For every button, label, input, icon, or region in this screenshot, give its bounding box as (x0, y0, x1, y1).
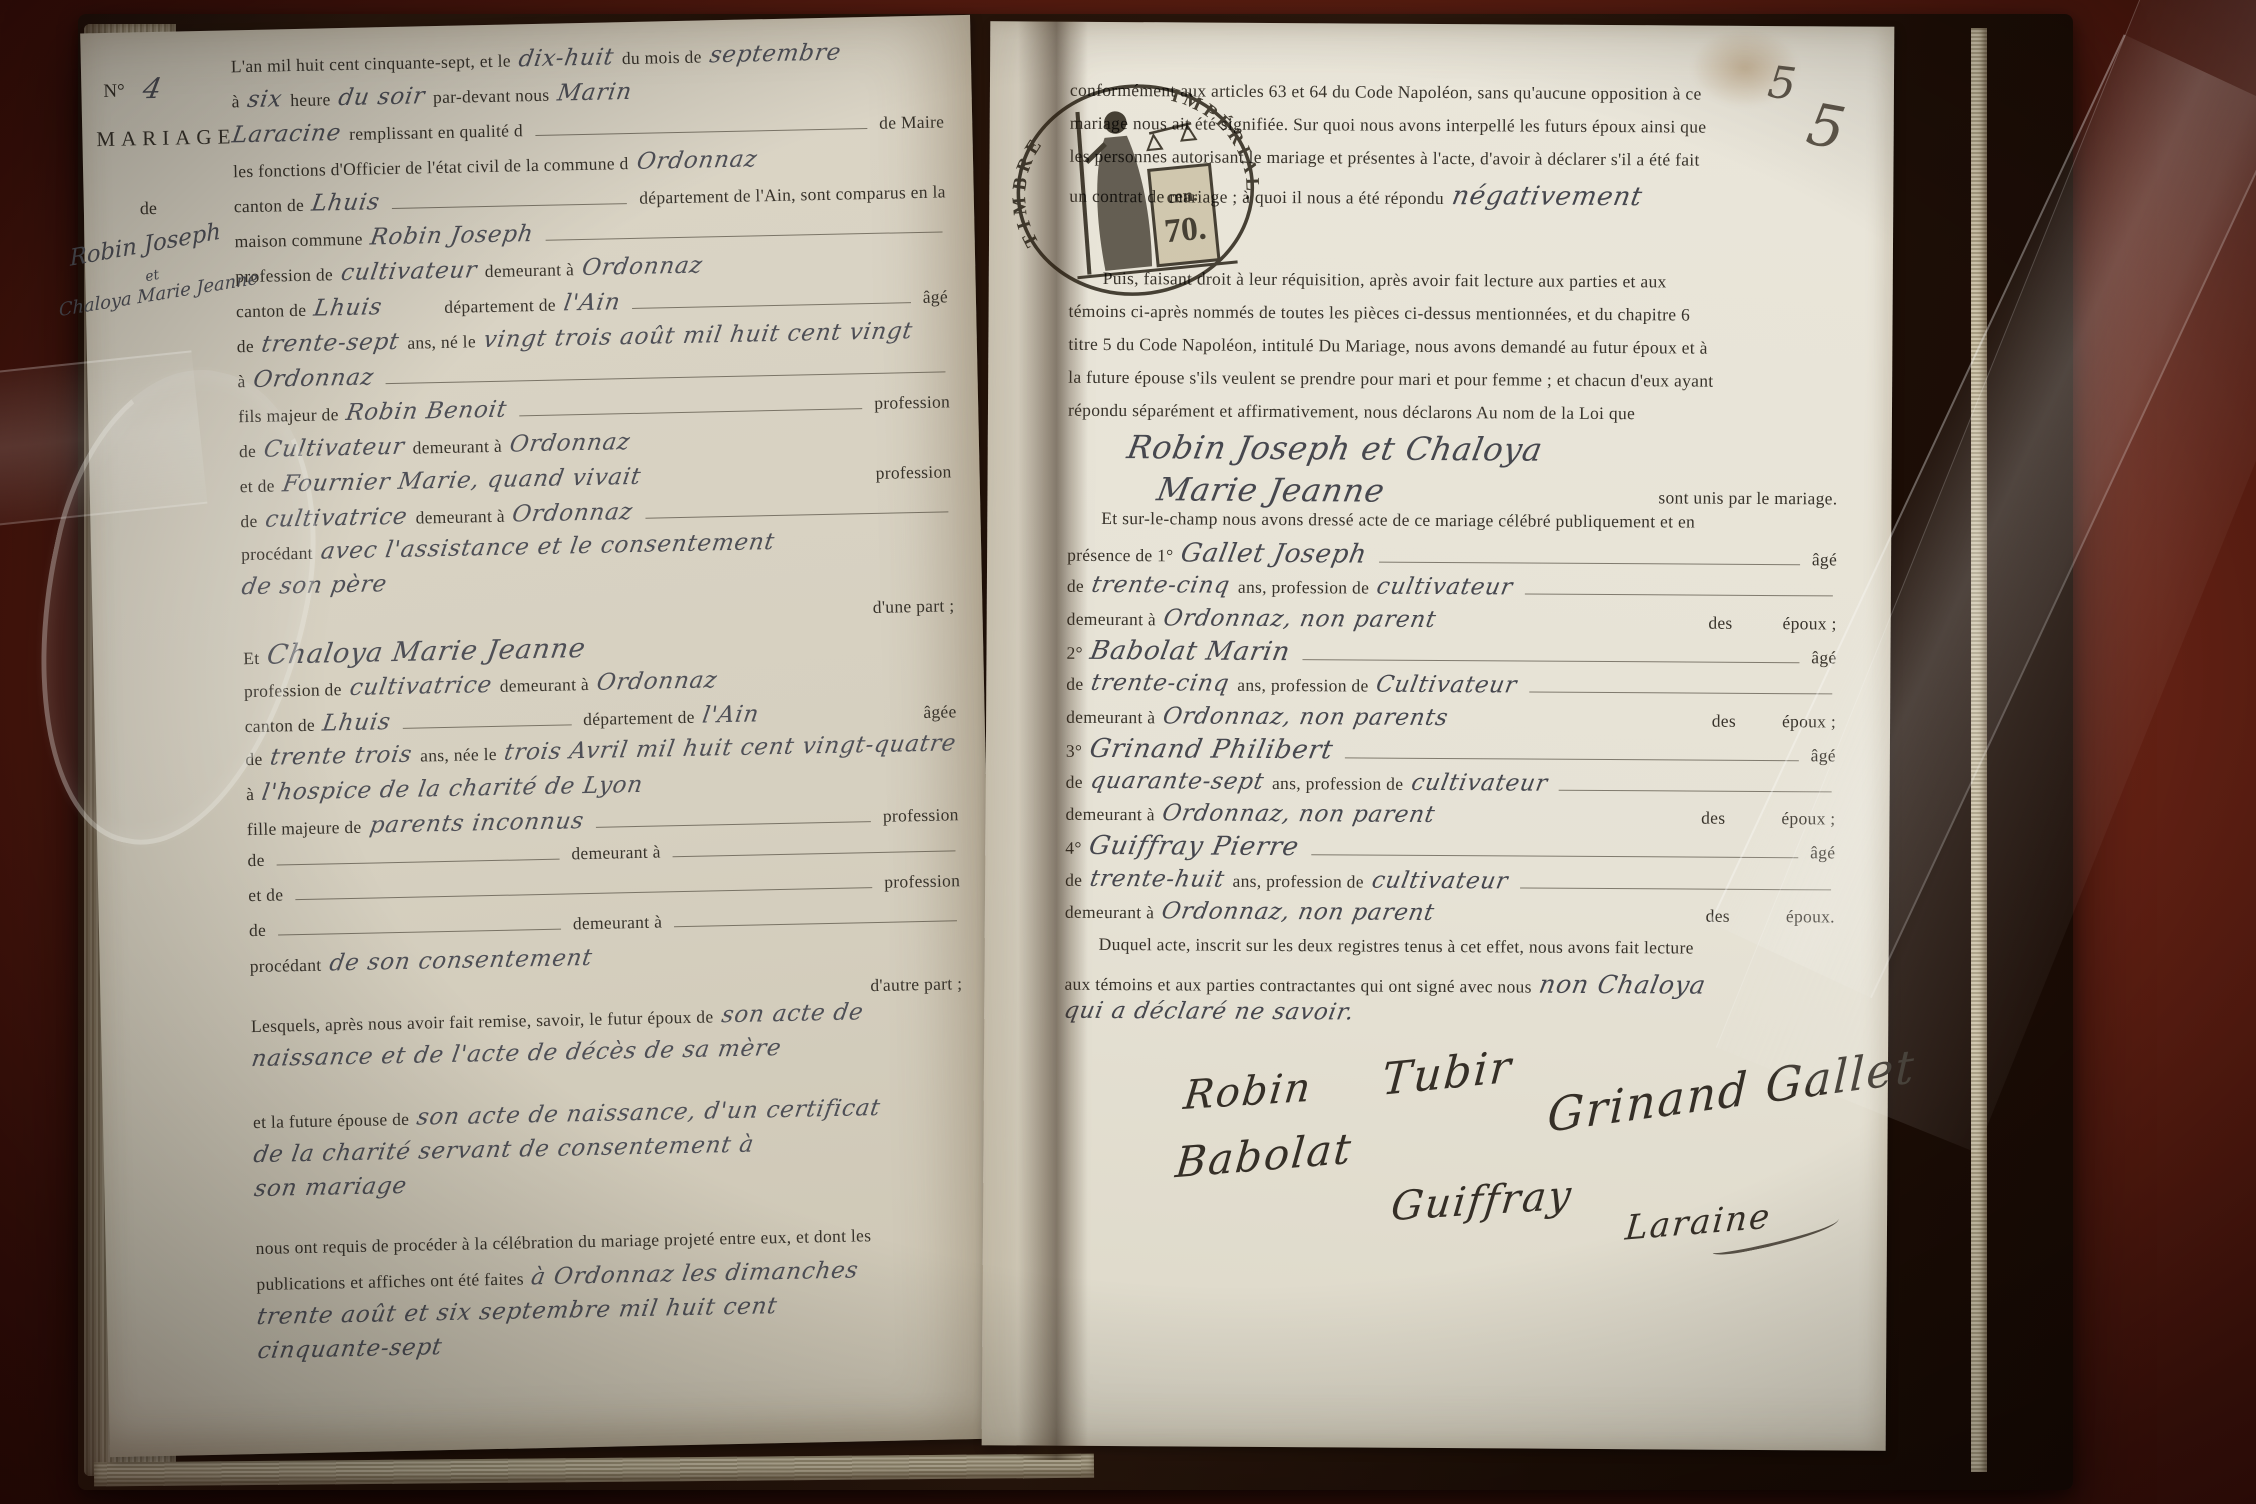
ruled-blank-line (595, 807, 871, 827)
handwritten-text: trois Avril mil huit cent vingt-quatre (503, 730, 959, 766)
handwritten-text: Tubir (1380, 1041, 1514, 1106)
left-form-line-33: son mariage (254, 1173, 407, 1202)
left-form-line-1: L'an mil huit cent cinquante-sept, et le… (231, 37, 943, 78)
handwritten-text: de son consentement (327, 945, 594, 977)
printed-text: profession (884, 870, 960, 893)
stamp-value: 70. (1163, 209, 1208, 250)
left-form-line-13: et deFournier Marie, quand vivaitprofess… (239, 457, 951, 498)
printed-text: Lesquels, après nous avoir fait remise, … (251, 1006, 714, 1037)
handwritten-text: trente-sept (260, 329, 401, 358)
left-form-line-12: deCultivateurdemeurant àOrdonnaz (239, 422, 951, 463)
page-mark-five-1: 5 (1765, 57, 1798, 111)
printed-text (649, 479, 868, 484)
stamp-value-box: cen. 70. (1149, 164, 1219, 265)
handwritten-text: Cultivateur (262, 434, 407, 463)
left-form-line-2: àsixheuredu soirpar-devant nousMarin (231, 72, 943, 113)
left-form-line-34: nous ont requis de procéder à la célébra… (255, 1225, 871, 1259)
left-form-line-25: et deprofession (248, 870, 960, 906)
page-edges-bottom (94, 1454, 1094, 1487)
handwritten-text: de son père (240, 571, 389, 600)
printed-text: remplissant en qualité d (349, 120, 523, 145)
left-form-line-6: maison communeRobin Joseph (234, 212, 946, 253)
svg-text:TIMBRE: TIMBRE (1003, 130, 1059, 251)
ruled-blank-line (672, 837, 955, 858)
handwritten-text: Ordonnaz (511, 499, 635, 528)
printed-text: profession de (244, 679, 342, 702)
printed-text (390, 313, 436, 314)
printed-text: par-devant nous (433, 85, 550, 108)
handwritten-text: avec l'assistance et le consentement (319, 529, 777, 565)
printed-text: demeurant à (415, 506, 505, 529)
printed-text: profession (875, 461, 951, 484)
ruled-blank-line (276, 845, 559, 866)
timbre-imperial-stamp: TIMBRE IMPÉRIAL. cen. 70. (997, 66, 1274, 314)
handwritten-text: parents inconnus (367, 808, 585, 839)
page-edges-right (1971, 28, 1987, 1472)
printed-text: Et (243, 648, 260, 669)
printed-text: nous ont requis de procéder à la célébra… (255, 1225, 871, 1259)
left-form-line-3: Laracineremplissant en qualité dde Maire (232, 107, 944, 148)
printed-text: de Maire (879, 111, 945, 133)
printed-text: demeurant à (485, 259, 575, 282)
printed-text: à (237, 371, 246, 392)
left-form-line-22: àl'hospice de la charité de Lyon (246, 765, 958, 806)
handwritten-text: Robin Benoit (345, 397, 510, 426)
printed-text: de (247, 850, 265, 871)
printed-text: fille majeure de (247, 817, 362, 840)
handwritten-text: Fournier Marie, quand vivait (281, 464, 643, 498)
printed-text: d'autre part ; (870, 973, 962, 996)
left-form-line-4: les fonctions d'Officier de l'état civil… (233, 142, 945, 183)
printed-text: les fonctions d'Officier de l'état civil… (233, 153, 629, 182)
printed-text: ans, née le (420, 744, 497, 767)
printed-text (767, 718, 915, 721)
ruled-blank-line (645, 498, 948, 519)
margin-et-label: et (144, 267, 161, 285)
left-form-line-27: procédantde son consentement (249, 937, 961, 978)
handwritten-text: son mariage (252, 1173, 409, 1202)
handwritten-text: son acte de (719, 999, 865, 1028)
printed-text: demeurant à (571, 842, 661, 865)
handwritten-text: Ordonnaz (252, 364, 376, 393)
printed-text: ans, né le (407, 331, 476, 353)
printed-text: demeurant à (573, 911, 663, 934)
handwritten-text: de la charité servant de consentement à (252, 1132, 756, 1169)
left-form-line-8: canton deLhuisdépartement del'Ainâgé (236, 282, 948, 323)
handwritten-text: son acte de naissance, d'un certificat (415, 1095, 882, 1131)
printed-text: âgée (923, 701, 957, 723)
signature-3: Grinand Gallet (1544, 1039, 1919, 1142)
ruled-blank-line (545, 218, 942, 241)
handwritten-text: Ordonnaz (634, 146, 758, 175)
left-form-line-9: detrente-septans, né levingt trois août … (236, 317, 948, 358)
printed-text: demeurant à (412, 436, 502, 459)
left-form-line-17: d'une part ; (242, 595, 954, 631)
handwritten-text: Babolat (1173, 1123, 1354, 1187)
handwritten-text: Robin (1181, 1065, 1314, 1120)
handwritten-text: Ordonnaz (595, 667, 719, 696)
printed-text: canton de (245, 715, 316, 737)
ruled-blank-line (392, 189, 627, 209)
printed-text: profession (883, 804, 959, 827)
printed-text: département de (583, 707, 695, 730)
handwritten-text: cinquante-sept (256, 1334, 444, 1364)
handwritten-text: septembre (708, 40, 843, 69)
handwritten-text: Chaloya Marie Jeanne (265, 633, 588, 671)
handwritten-text: Lhuis (310, 189, 382, 217)
left-form-line-7: profession decultivateurdemeurant àOrdon… (235, 247, 947, 288)
printed-text: d'une part ; (873, 595, 955, 618)
printed-text: publications et affiches ont été faites (256, 1268, 524, 1295)
act-de-label: de (140, 198, 157, 219)
printed-text: du mois de (622, 46, 702, 69)
printed-text: demeurant à (499, 674, 589, 697)
left-form-line-26: dedemeurant à (249, 905, 961, 941)
printed-text: de (239, 441, 257, 462)
ruled-blank-line (295, 873, 872, 900)
signature-4: Babolat (1174, 1124, 1355, 1187)
left-form-line-31: et la future épouse deson acte de naissa… (253, 1093, 965, 1134)
margin-annotation: N° 4 MARIAGE de Robin Joseph et Chaloya … (80, 30, 257, 363)
handwritten-text: dix-huit (517, 44, 616, 72)
handwritten-text: Lhuis (312, 294, 384, 322)
left-form-line-10: àOrdonnaz (237, 352, 949, 393)
margin-groom-name: Robin Joseph (69, 218, 221, 271)
signature-2: Tubir (1380, 1042, 1515, 1106)
stamp-text-timbre: TIMBRE (1003, 130, 1059, 251)
right-page: 5 5 TIMBRE IMPÉRIAL. (982, 21, 1895, 1450)
handwritten-text: l'hospice de la charité de Lyon (260, 772, 645, 806)
handwritten-text: trente trois (268, 742, 414, 771)
left-form-line-32: de la charité servant de consentement à (253, 1132, 754, 1168)
ruled-blank-line (519, 395, 862, 417)
left-form-line-36: trente août et six septembre mil huit ce… (257, 1293, 778, 1330)
handwritten-text: Robin Joseph (369, 221, 536, 251)
handwritten-text: Lhuis (321, 709, 393, 737)
left-form-line-16: de son père (242, 571, 388, 600)
handwritten-text: Ordonnaz (580, 252, 704, 281)
printed-text (243, 613, 865, 626)
handwritten-text: l'Ain (701, 701, 761, 728)
handwritten-text: cultivateur (339, 257, 479, 286)
handwritten-text: trente août et six septembre mil huit ce… (255, 1293, 779, 1330)
printed-text: de (240, 511, 258, 532)
printed-text: et de (239, 476, 274, 498)
signature-5: Guiffray (1390, 1173, 1574, 1230)
printed-text: L'an mil huit cent cinquante-sept, et le (231, 50, 511, 77)
left-page-form: L'an mil huit cent cinquante-sept, et le… (231, 35, 972, 1430)
ruled-blank-line (386, 358, 946, 384)
handwritten-text: à Ordonnaz les dimanches (530, 1257, 861, 1290)
handwritten-text: cultivatrice (264, 504, 410, 533)
left-page: N° 4 MARIAGE de Robin Joseph et Chaloya … (80, 15, 1000, 1457)
printed-text: à (246, 784, 255, 805)
handwritten-text: Ordonnaz (508, 429, 632, 458)
left-form-line-23: fille majeure deparents inconnusprofessi… (247, 800, 959, 841)
printed-text: département de l'Ain, sont comparus en l… (639, 181, 946, 208)
left-form-line-21: detrente troisans, née letrois Avril mil… (245, 730, 957, 771)
left-form-line-30: naissance et de l'acte de décès de sa mè… (251, 1035, 781, 1072)
printed-text: département de (444, 295, 556, 318)
printed-text: de (249, 920, 267, 941)
left-form-line-35: publications et affiches ont été faitesà… (256, 1255, 968, 1296)
signature-1: Robin (1182, 1065, 1313, 1119)
left-form-line-11: fils majeur deRobin Benoitprofession (238, 387, 950, 428)
stamp-cen-label: cen. (1166, 184, 1199, 207)
printed-text: âgé (922, 286, 948, 308)
signature-6: Laraine (1624, 1191, 1841, 1248)
handwritten-text: Guiffray (1389, 1172, 1575, 1230)
handwritten-text: l'Ain (562, 289, 622, 316)
left-form-line-5: canton deLhuisdépartement de l'Ain, sont… (234, 177, 946, 218)
ruled-blank-line (278, 915, 561, 936)
printed-text: procédant (250, 955, 322, 977)
handwritten-text: cultivatrice (348, 672, 494, 701)
printed-text: profession (874, 391, 950, 414)
act-number-label: N° (103, 81, 125, 103)
printed-text: heure (290, 89, 331, 111)
ruled-blank-line (403, 711, 571, 729)
act-number-value: 4 (140, 72, 164, 106)
printed-text: fils majeur de (238, 404, 339, 427)
ruled-blank-line (632, 289, 911, 309)
handwritten-text: naissance et de l'acte de décès de sa mè… (250, 1035, 784, 1072)
printed-text: et la future épouse de (253, 1109, 410, 1133)
handwritten-text: Grinand Gallet (1546, 1039, 1916, 1143)
printed-text: procédant (241, 543, 313, 565)
left-form-line-24: dedemeurant à (247, 835, 959, 871)
handwritten-text: du soir (337, 83, 427, 111)
left-form-line-37: cinquante-sept (258, 1334, 443, 1364)
printed-text: de (245, 749, 263, 770)
handwritten-text: vingt trois août mil huit cent vingt (482, 318, 915, 353)
ruled-blank-line (674, 907, 957, 928)
handwritten-text: Marin (555, 79, 633, 107)
printed-text: et de (248, 884, 283, 906)
left-form-line-15: procédantavec l'assistance et le consent… (241, 525, 953, 566)
act-title: MARIAGE (96, 124, 236, 152)
photo-frame: N° 4 MARIAGE de Robin Joseph et Chaloya … (0, 0, 2256, 1504)
ruled-blank-line (535, 114, 867, 136)
